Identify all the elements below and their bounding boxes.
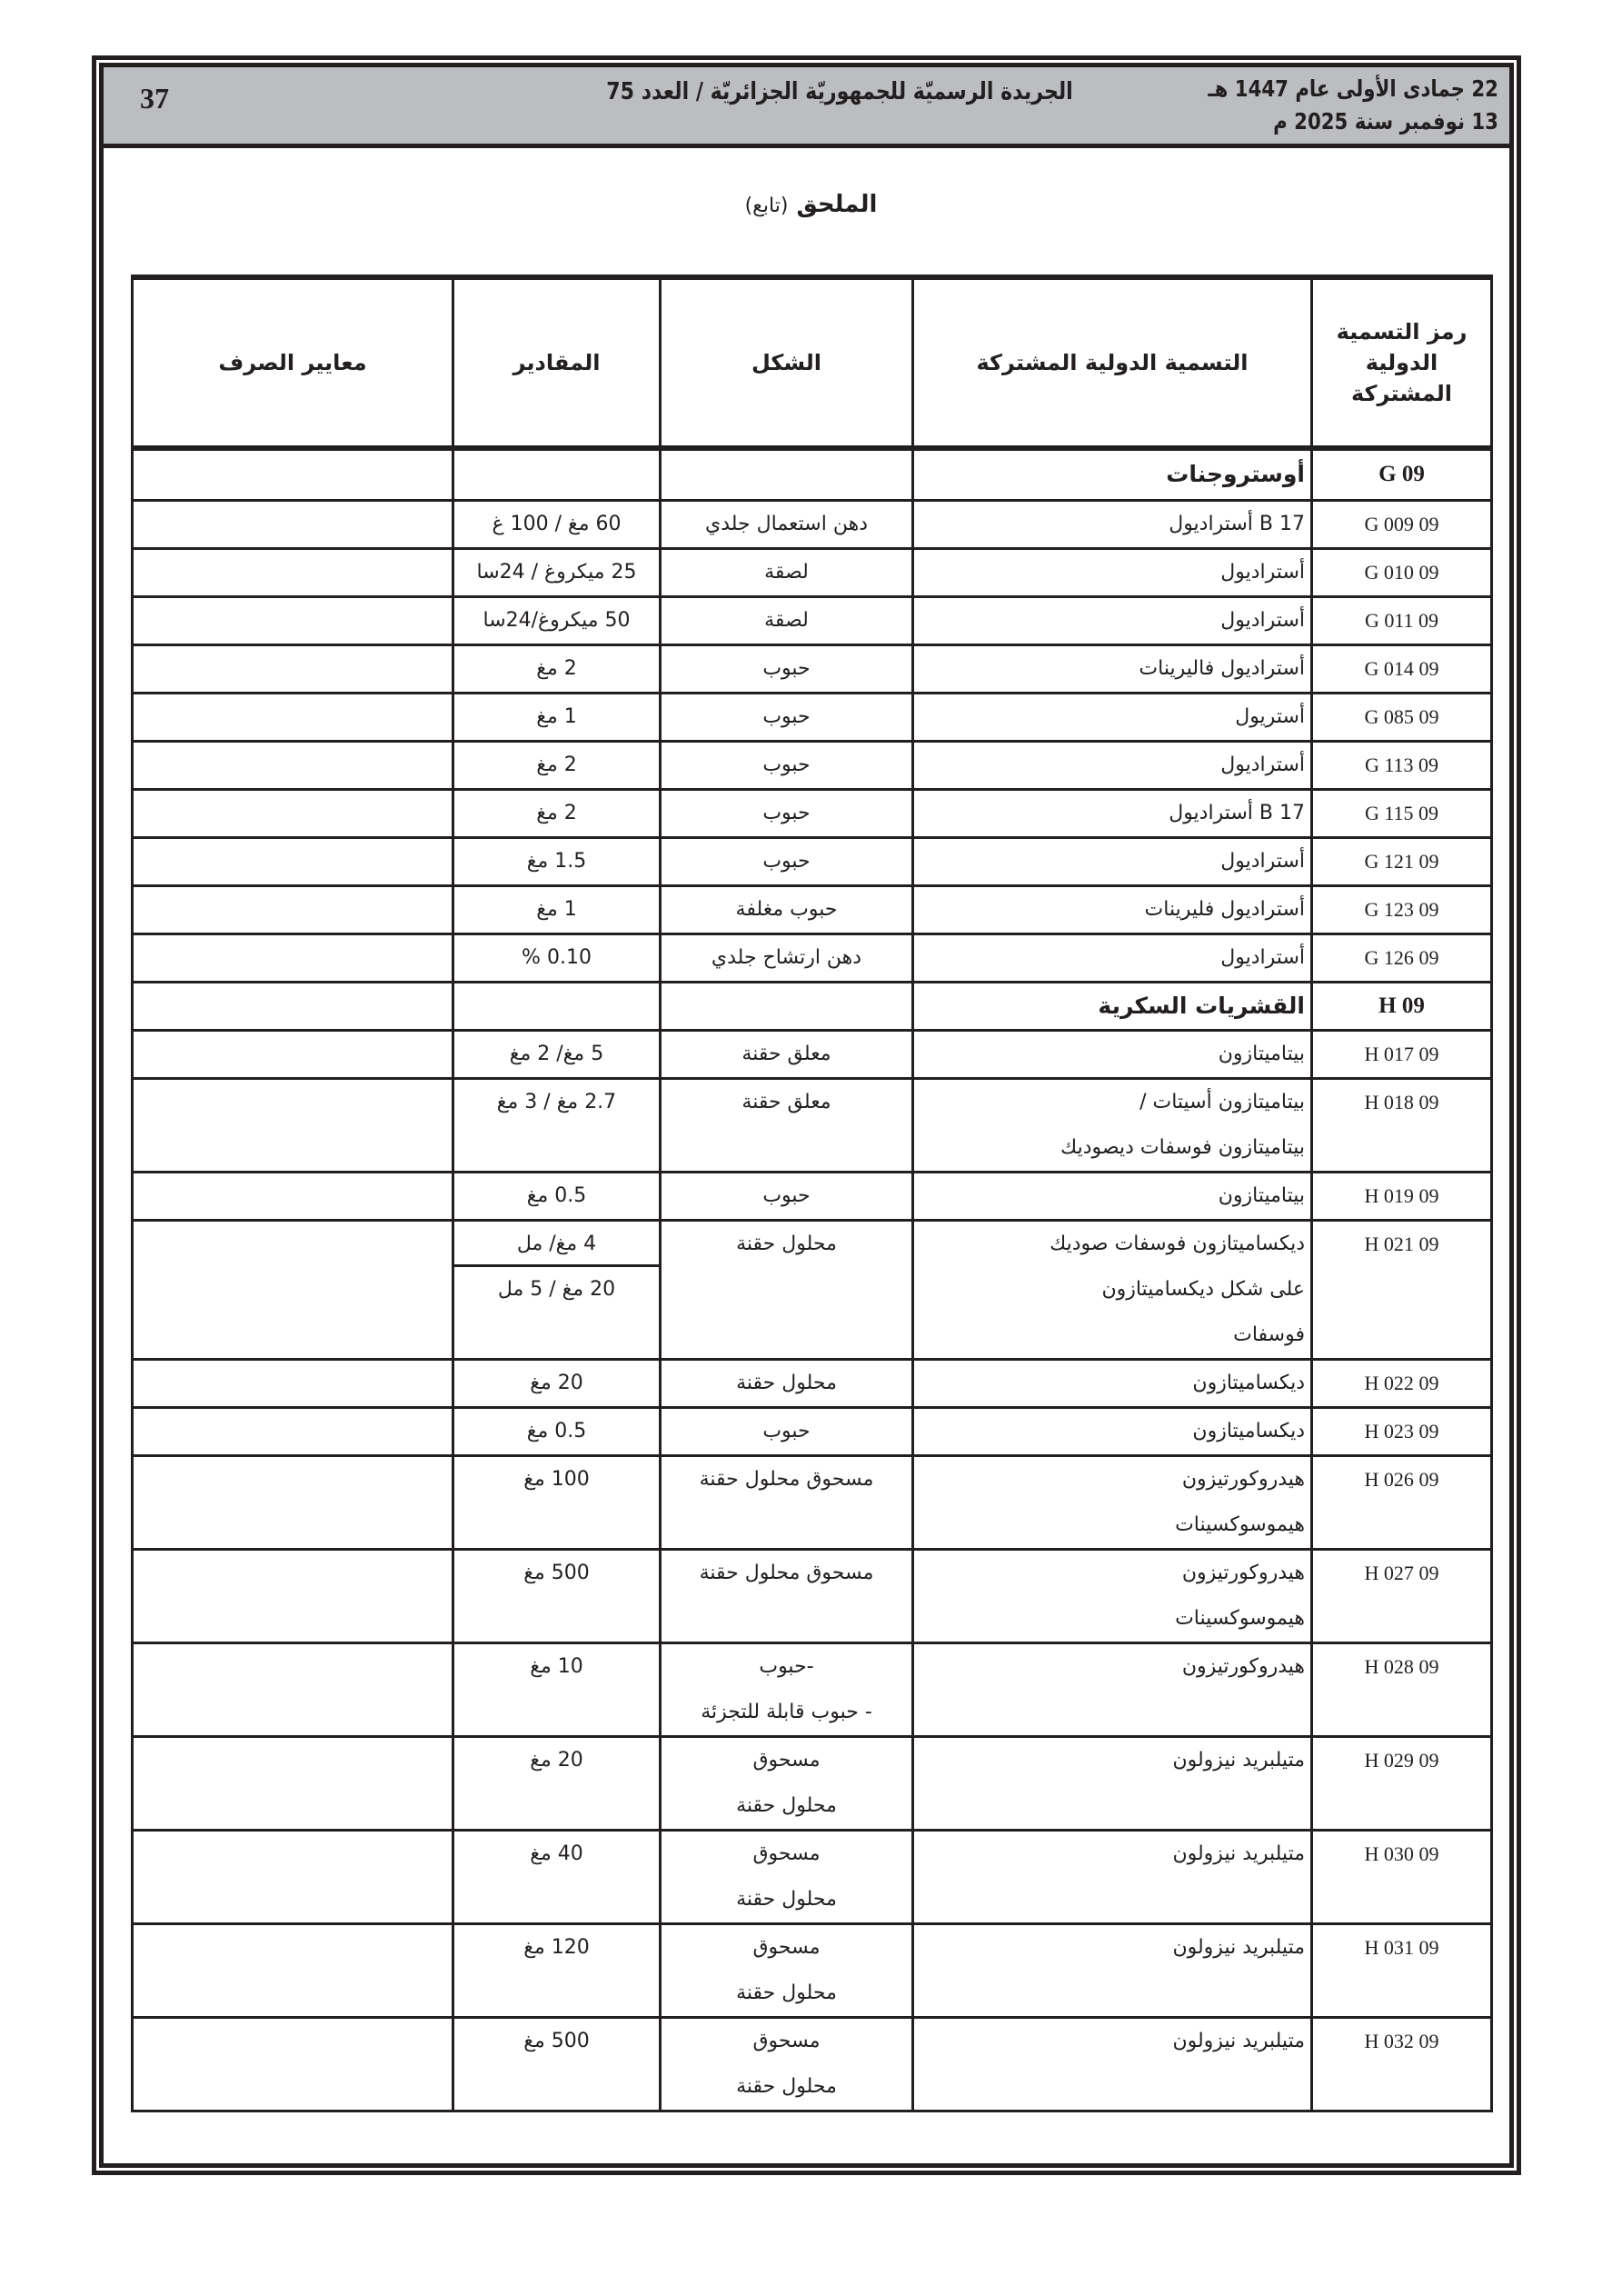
cell-code: 09 G 009 bbox=[1312, 500, 1492, 548]
cell-form-line: محلول حقنة bbox=[667, 1877, 906, 1922]
column-header-name: التسمية الدولية المشتركة bbox=[913, 277, 1312, 448]
table-body: 09 Gأوستروجنات09 G 00917 B أستراديولدهن … bbox=[133, 448, 1492, 2111]
cell-criteria bbox=[133, 1407, 453, 1455]
table-row: 09 H 026هيدروكورتيزونهيموسوكسيناتمسحوق م… bbox=[133, 1455, 1492, 1549]
cell-quantities: 1.5 مغ bbox=[453, 837, 661, 885]
cell-form: مسحوقمحلول حقنة bbox=[661, 2017, 913, 2111]
table-row: 09 H 028هيدروكورتيزون-حبوب- حبوب قابلة ل… bbox=[133, 1642, 1492, 1736]
date-gregorian: 13 نوفمبر سنة 2025 م bbox=[1208, 105, 1498, 138]
cell-code: 09 H 028 bbox=[1312, 1642, 1492, 1736]
table-row: 09 G 11517 B أستراديولحبوب2 مغ bbox=[133, 789, 1492, 837]
cell-code: 09 H 017 bbox=[1312, 1030, 1492, 1078]
cell-name: بيتاميتازون bbox=[913, 1172, 1312, 1220]
cell-name: متيلبريد نيزولون bbox=[913, 1736, 1312, 1830]
cell-form: مسحوق محلول حقنة bbox=[661, 1455, 913, 1549]
cell-form: حبوب bbox=[661, 644, 913, 693]
cell-quantities: 60 مغ / 100 غ bbox=[453, 500, 661, 548]
annex-heading: الملحق (تابع) bbox=[0, 191, 1622, 218]
column-header-form: الشكل bbox=[661, 277, 913, 448]
cell-criteria bbox=[133, 644, 453, 693]
cell-form: حبوب bbox=[661, 693, 913, 741]
cell-criteria bbox=[133, 448, 453, 500]
cell-criteria bbox=[133, 1923, 453, 2017]
cell-code: 09 G 010 bbox=[1312, 548, 1492, 596]
cell-code: 09 G 121 bbox=[1312, 837, 1492, 885]
cell-name-line: بيتاميتازون أسيتات / bbox=[920, 1080, 1305, 1125]
cell-code: 09 H 023 bbox=[1312, 1407, 1492, 1455]
table-row: 09 G 010أستراديوللصقة25 ميكروغ / 24سا bbox=[133, 548, 1492, 596]
cell-code: 09 G 113 bbox=[1312, 741, 1492, 789]
table-row: 09 H 019بيتاميتازونحبوب0.5 مغ bbox=[133, 1172, 1492, 1220]
cell-quantities: 1 مغ bbox=[453, 885, 661, 933]
cell-form: مسحوقمحلول حقنة bbox=[661, 1830, 913, 1923]
cell-code: 09 H 027 bbox=[1312, 1549, 1492, 1642]
cell-code: 09 H 030 bbox=[1312, 1830, 1492, 1923]
annex-subtitle: (تابع) bbox=[745, 195, 789, 217]
cell-code: 09 G 115 bbox=[1312, 789, 1492, 837]
cell-quantities: 25 ميكروغ / 24سا bbox=[453, 548, 661, 596]
table-row: 09 H 027هيدروكورتيزونهيموسوكسيناتمسحوق م… bbox=[133, 1549, 1492, 1642]
cell-name-line: هيدروكورتيزون bbox=[920, 1457, 1305, 1502]
cell-criteria bbox=[133, 885, 453, 933]
cell-form: لصقة bbox=[661, 596, 913, 644]
cell-form bbox=[661, 448, 913, 500]
cell-quantities: 5 مغ/ 2 مغ bbox=[453, 1030, 661, 1078]
cell-code: 09 G 126 bbox=[1312, 933, 1492, 982]
cell-name-line: ديكساميتازون فوسفات صوديك bbox=[920, 1222, 1305, 1267]
table-row: 09 G 014أستراديول فاليريناتحبوب2 مغ bbox=[133, 644, 1492, 693]
cell-criteria bbox=[133, 1736, 453, 1830]
cell-name: بيتاميتازون bbox=[913, 1030, 1312, 1078]
cell-form-line: مسحوق bbox=[667, 1738, 906, 1783]
cell-code: 09 G 014 bbox=[1312, 644, 1492, 693]
category-row: 09 Gأوستروجنات bbox=[133, 448, 1492, 500]
cell-name: متيلبريد نيزولون bbox=[913, 1923, 1312, 2017]
cell-criteria bbox=[133, 1359, 453, 1407]
table-row: 09 H 017بيتاميتازونمعلق حقنة5 مغ/ 2 مغ bbox=[133, 1030, 1492, 1078]
table-row: 09 H 018بيتاميتازون أسيتات /بيتاميتازون … bbox=[133, 1078, 1492, 1172]
cell-name: أوستروجنات bbox=[913, 448, 1312, 500]
cell-quantities: 50 ميكروغ/24سا bbox=[453, 596, 661, 644]
cell-code: 09 G 085 bbox=[1312, 693, 1492, 741]
cell-name: هيدروكورتيزون bbox=[913, 1642, 1312, 1736]
cell-quantities: 0.5 مغ bbox=[453, 1407, 661, 1455]
cell-name: أستراديول bbox=[913, 741, 1312, 789]
annex-title: الملحق bbox=[796, 191, 877, 218]
cell-quantities: 2 مغ bbox=[453, 741, 661, 789]
cell-name-line: على شكل ديكساميتازون bbox=[920, 1267, 1305, 1313]
cell-name-line: فوسفات bbox=[920, 1313, 1305, 1358]
cell-name: بيتاميتازون أسيتات /بيتاميتازون فوسفات د… bbox=[913, 1078, 1312, 1172]
cell-criteria bbox=[133, 1030, 453, 1078]
cell-criteria bbox=[133, 1549, 453, 1642]
cell-quantities: 20 مغ bbox=[453, 1736, 661, 1830]
cell-code: 09 H 032 bbox=[1312, 2017, 1492, 2111]
cell-quantities: 500 مغ bbox=[453, 2017, 661, 2111]
cell-criteria bbox=[133, 693, 453, 741]
cell-name: أستريول bbox=[913, 693, 1312, 741]
cell-criteria bbox=[133, 1172, 453, 1220]
cell-quantities: 2.7 مغ / 3 مغ bbox=[453, 1078, 661, 1172]
cell-criteria bbox=[133, 741, 453, 789]
cell-code: 09 H 019 bbox=[1312, 1172, 1492, 1220]
annex-table: رمز التسمية الدولية المشتركة التسمية الد… bbox=[131, 275, 1493, 2112]
cell-name: ديكساميتازون فوسفات صوديكعلى شكل ديكسامي… bbox=[913, 1220, 1312, 1359]
cell-name: أستراديول bbox=[913, 596, 1312, 644]
cell-criteria bbox=[133, 1830, 453, 1923]
cell-form-line: -حبوب bbox=[667, 1644, 906, 1690]
cell-quantities: 0.5 مغ bbox=[453, 1172, 661, 1220]
quantity-option: 4 مغ/ مل bbox=[454, 1222, 659, 1264]
cell-quantities bbox=[453, 982, 661, 1030]
table-row: 09 H 031متيلبريد نيزولونمسحوقمحلول حقنة1… bbox=[133, 1923, 1492, 2017]
issue-date: 22 جمادى الأولى عام 1447 هـ 13 نوفمبر سن… bbox=[1208, 73, 1498, 138]
cell-name: متيلبريد نيزولون bbox=[913, 2017, 1312, 2111]
cell-name: أستراديول bbox=[913, 837, 1312, 885]
cell-form bbox=[661, 982, 913, 1030]
page-number: 37 bbox=[140, 82, 169, 115]
cell-quantities: 1 مغ bbox=[453, 693, 661, 741]
cell-code: 09 H 021 bbox=[1312, 1220, 1492, 1359]
cell-name: القشريات السكرية bbox=[913, 982, 1312, 1030]
table-row: 09 G 123أستراديول فليريناتحبوب مغلفة1 مغ bbox=[133, 885, 1492, 933]
cell-criteria bbox=[133, 500, 453, 548]
cell-form: محلول حقنة bbox=[661, 1220, 913, 1359]
cell-criteria bbox=[133, 1642, 453, 1736]
cell-form: حبوب bbox=[661, 1407, 913, 1455]
gazette-title: الجريدة الرسميّة للجمهوريّة الجزائريّة /… bbox=[531, 78, 1149, 105]
quantity-option: 20 مغ / 5 مل bbox=[454, 1264, 659, 1313]
cell-criteria bbox=[133, 2017, 453, 2111]
cell-form-line: محلول حقنة bbox=[667, 2064, 906, 2110]
cell-form: حبوب bbox=[661, 837, 913, 885]
cell-criteria bbox=[133, 1455, 453, 1549]
cell-criteria bbox=[133, 596, 453, 644]
cell-name-line: هيموسوكسينات bbox=[920, 1502, 1305, 1548]
cell-name: أستراديول فليرينات bbox=[913, 885, 1312, 933]
column-header-criteria: معايير الصرف bbox=[133, 277, 453, 448]
cell-name: متيلبريد نيزولون bbox=[913, 1830, 1312, 1923]
cell-form: حبوب bbox=[661, 741, 913, 789]
cell-form-line: مسحوق bbox=[667, 2019, 906, 2064]
column-header-code: رمز التسمية الدولية المشتركة bbox=[1312, 277, 1492, 448]
cell-code: 09 G bbox=[1312, 448, 1492, 500]
cell-form: حبوب bbox=[661, 789, 913, 837]
cell-quantities: 100 مغ bbox=[453, 1455, 661, 1549]
cell-quantities: 500 مغ bbox=[453, 1549, 661, 1642]
cell-quantities: 120 مغ bbox=[453, 1923, 661, 2017]
cell-name: أستراديول bbox=[913, 548, 1312, 596]
cell-code: 09 G 123 bbox=[1312, 885, 1492, 933]
cell-code: 09 G 011 bbox=[1312, 596, 1492, 644]
cell-criteria bbox=[133, 789, 453, 837]
table-row: 09 H 023ديكساميتازونحبوب0.5 مغ bbox=[133, 1407, 1492, 1455]
cell-name: ديكساميتازون bbox=[913, 1359, 1312, 1407]
gazette-header: 37 الجريدة الرسميّة للجمهوريّة الجزائريّ… bbox=[104, 67, 1509, 148]
cell-form: مسحوقمحلول حقنة bbox=[661, 1923, 913, 2017]
cell-quantities: 10 مغ bbox=[453, 1642, 661, 1736]
cell-criteria bbox=[133, 933, 453, 982]
cell-form-line: مسحوق bbox=[667, 1832, 906, 1877]
cell-form-line: محلول حقنة bbox=[667, 1971, 906, 2016]
table-row: 09 H 029متيلبريد نيزولونمسحوقمحلول حقنة2… bbox=[133, 1736, 1492, 1830]
table-row: 09 G 011أستراديوللصقة50 ميكروغ/24سا bbox=[133, 596, 1492, 644]
cell-name: 17 B أستراديول bbox=[913, 789, 1312, 837]
cell-criteria bbox=[133, 982, 453, 1030]
cell-name: أستراديول فاليرينات bbox=[913, 644, 1312, 693]
cell-quantities: 20 مغ bbox=[453, 1359, 661, 1407]
cell-code: 09 H 018 bbox=[1312, 1078, 1492, 1172]
cell-name-line: بيتاميتازون فوسفات ديصوديك bbox=[920, 1125, 1305, 1171]
table-row: 09 H 021ديكساميتازون فوسفات صوديكعلى شكل… bbox=[133, 1220, 1492, 1359]
table-row: 09 H 030متيلبريد نيزولونمسحوقمحلول حقنة4… bbox=[133, 1830, 1492, 1923]
table-row: 09 G 085أستريولحبوب1 مغ bbox=[133, 693, 1492, 741]
cell-form-line: مسحوق bbox=[667, 1925, 906, 1971]
category-row: 09 Hالقشريات السكرية bbox=[133, 982, 1492, 1030]
table-row: 09 G 126أستراديولدهن ارتشاح جلدي0.10 % bbox=[133, 933, 1492, 982]
cell-quantities: 0.10 % bbox=[453, 933, 661, 982]
table-header-row: رمز التسمية الدولية المشتركة التسمية الد… bbox=[133, 277, 1492, 448]
column-header-quantities: المقادير bbox=[453, 277, 661, 448]
cell-quantities bbox=[453, 448, 661, 500]
cell-form: دهن ارتشاح جلدي bbox=[661, 933, 913, 982]
cell-form: حبوب bbox=[661, 1172, 913, 1220]
cell-form: معلق حقنة bbox=[661, 1078, 913, 1172]
cell-name-line: هيدروكورتيزون bbox=[920, 1551, 1305, 1596]
cell-form-line: محلول حقنة bbox=[667, 1783, 906, 1829]
cell-form: حبوب مغلفة bbox=[661, 885, 913, 933]
cell-quantities: 4 مغ/ مل20 مغ / 5 مل bbox=[453, 1220, 661, 1359]
cell-name: أستراديول bbox=[913, 933, 1312, 982]
table-row: 09 H 032متيلبريد نيزولونمسحوقمحلول حقنة5… bbox=[133, 2017, 1492, 2111]
cell-code: 09 H 031 bbox=[1312, 1923, 1492, 2017]
cell-form: مسحوقمحلول حقنة bbox=[661, 1736, 913, 1830]
cell-name: 17 B أستراديول bbox=[913, 500, 1312, 548]
cell-quantities: 2 مغ bbox=[453, 644, 661, 693]
table-row: 09 H 022ديكساميتازونمحلول حقنة20 مغ bbox=[133, 1359, 1492, 1407]
cell-name: هيدروكورتيزونهيموسوكسينات bbox=[913, 1455, 1312, 1549]
cell-code: 09 H 029 bbox=[1312, 1736, 1492, 1830]
cell-criteria bbox=[133, 1220, 453, 1359]
cell-form: مسحوق محلول حقنة bbox=[661, 1549, 913, 1642]
cell-criteria bbox=[133, 1078, 453, 1172]
cell-form: معلق حقنة bbox=[661, 1030, 913, 1078]
cell-quantities: 40 مغ bbox=[453, 1830, 661, 1923]
cell-name: ديكساميتازون bbox=[913, 1407, 1312, 1455]
cell-name: هيدروكورتيزونهيموسوكسينات bbox=[913, 1549, 1312, 1642]
cell-name-line: هيموسوكسينات bbox=[920, 1596, 1305, 1642]
cell-form-line: - حبوب قابلة للتجزئة bbox=[667, 1690, 906, 1735]
cell-code: 09 H 022 bbox=[1312, 1359, 1492, 1407]
table-row: 09 G 121أستراديولحبوب1.5 مغ bbox=[133, 837, 1492, 885]
table-row: 09 G 113أستراديولحبوب2 مغ bbox=[133, 741, 1492, 789]
date-hijri: 22 جمادى الأولى عام 1447 هـ bbox=[1208, 73, 1498, 105]
cell-form: -حبوب- حبوب قابلة للتجزئة bbox=[661, 1642, 913, 1736]
cell-code: 09 H bbox=[1312, 982, 1492, 1030]
cell-quantities: 2 مغ bbox=[453, 789, 661, 837]
cell-form: محلول حقنة bbox=[661, 1359, 913, 1407]
cell-criteria bbox=[133, 837, 453, 885]
cell-form: لصقة bbox=[661, 548, 913, 596]
cell-code: 09 H 026 bbox=[1312, 1455, 1492, 1549]
cell-criteria bbox=[133, 548, 453, 596]
table-row: 09 G 00917 B أستراديولدهن استعمال جلدي60… bbox=[133, 500, 1492, 548]
cell-form: دهن استعمال جلدي bbox=[661, 500, 913, 548]
